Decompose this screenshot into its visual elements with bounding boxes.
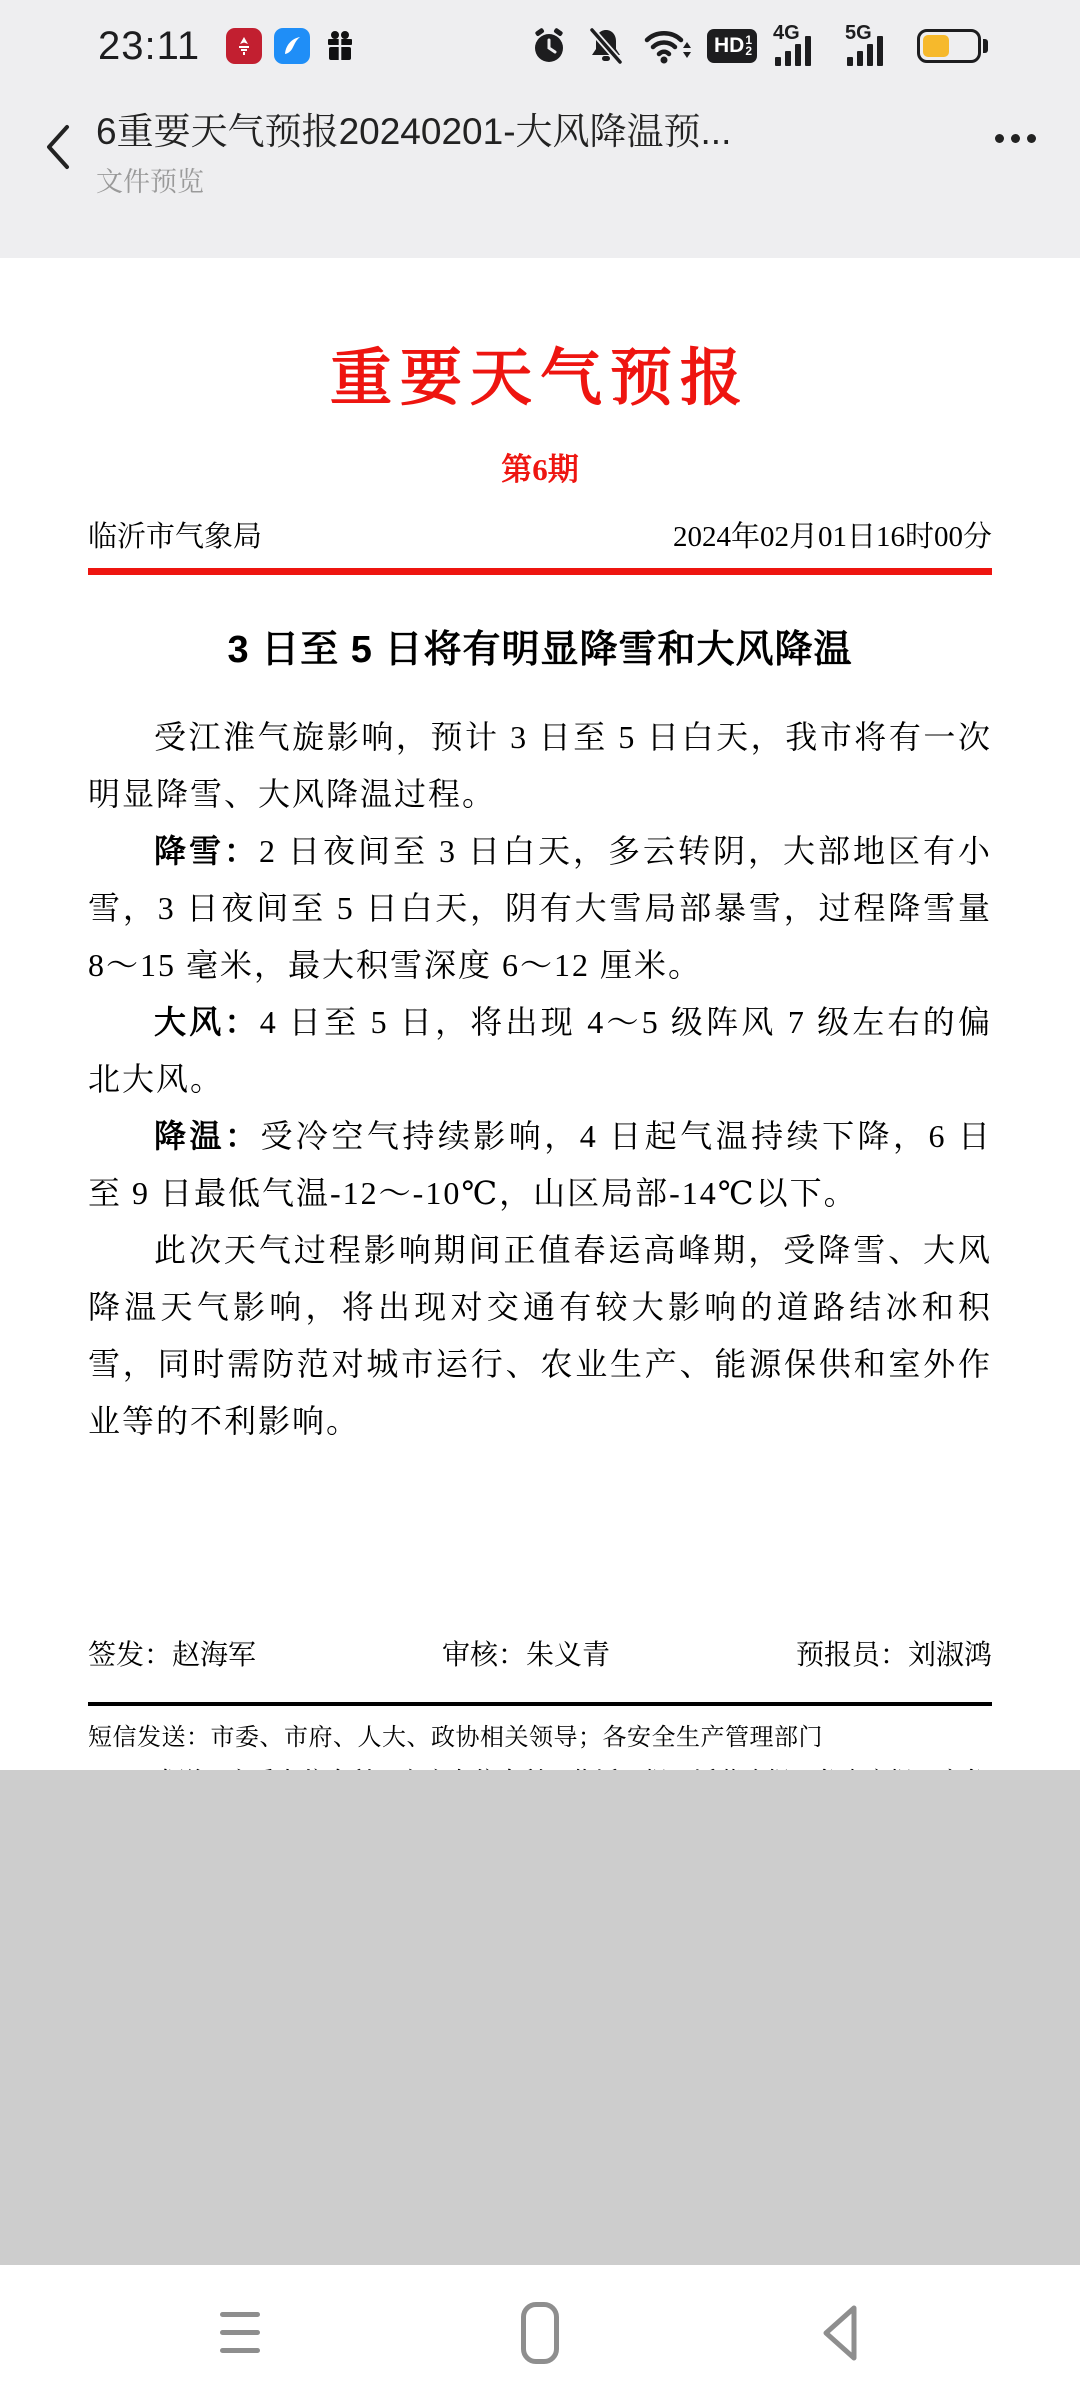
page-subtitle: 文件预览 xyxy=(96,162,991,202)
status-bar: 23:11 xyxy=(0,0,1080,92)
signature-row: 签发：赵海军 审核：朱义青 预报员：刘淑鸿 xyxy=(88,1638,992,1674)
chevron-left-icon xyxy=(43,121,73,173)
red-app-icon xyxy=(226,28,262,64)
paragraph: 降温：受冷空气持续影响，4 日起气温持续下降，6 日至 9 日最低气温-12～-… xyxy=(88,1108,992,1222)
alarm-icon xyxy=(529,26,569,66)
recents-menu-icon xyxy=(220,2312,260,2353)
signature-issuer: 签发：赵海军 xyxy=(88,1638,256,1674)
paragraph-lead: 降雪： xyxy=(154,833,259,869)
document-preview[interactable]: 重要天气预报 第6期 临沂市气象局 2024年02月01日16时00分 3 日至… xyxy=(0,258,1080,1770)
paragraph: 受江淮气旋影响，预计 3 日至 5 日白天，我市将有一次明显降雪、大风降温过程。 xyxy=(88,709,992,823)
navigation-bar xyxy=(0,2265,1080,2400)
hd-sub: 2 xyxy=(745,46,752,57)
paragraph: 大风：4 日至 5 日，将出现 4～5 级阵风 7 级左右的偏北大风。 xyxy=(88,994,992,1108)
hd-label: HD xyxy=(714,34,744,58)
doc-meta-row: 临沂市气象局 2024年02月01日16时00分 xyxy=(88,518,992,556)
battery-icon xyxy=(917,29,988,63)
doc-body: 受江淮气旋影响，预计 3 日至 5 日白天，我市将有一次明显降雪、大风降温过程。… xyxy=(88,709,992,1450)
gift-app-icon xyxy=(322,28,358,64)
paragraph: 降雪：2 日夜间至 3 日白天，多云转阴，大部地区有小雪，3 日夜间至 5 日白… xyxy=(88,823,992,994)
back-button[interactable] xyxy=(28,112,88,182)
doc-issue-number: 第6期 xyxy=(88,452,992,488)
paragraph-lead: 大风： xyxy=(154,1004,260,1040)
clock-text: 23:11 xyxy=(98,24,200,69)
distribution-sms: 短信发送：市委、市府、人大、政协相关领导；各安全生产管理部门 xyxy=(88,1722,992,1754)
paragraph: 此次天气过程影响期间正值春运高峰期，受降雪、大风降温天气影响，将出现对交通有较大… xyxy=(88,1222,992,1450)
paragraph-lead: 降温： xyxy=(154,1118,260,1154)
paragraph-text: 此次天气过程影响期间正值春运高峰期，受降雪、大风降温天气影响，将出现对交通有较大… xyxy=(88,1232,992,1439)
signature-reviewer: 审核：朱义青 xyxy=(442,1638,610,1674)
back-triangle-icon xyxy=(818,2300,862,2366)
doc-datetime: 2024年02月01日16时00分 xyxy=(673,518,992,556)
more-button[interactable] xyxy=(991,110,1040,166)
mute-bell-icon xyxy=(585,26,627,66)
home-button[interactable] xyxy=(480,2283,600,2383)
preview-background xyxy=(0,1770,1080,2265)
back-nav-button[interactable] xyxy=(780,2283,900,2383)
recents-button[interactable] xyxy=(180,2283,300,2383)
app-header: 6重要天气预报20240201-大风降温预... 文件预览 xyxy=(0,92,1080,258)
wifi-icon xyxy=(643,26,691,66)
hd-badge: HD 1 2 xyxy=(707,29,757,63)
signal-4g-icon: 4G xyxy=(773,24,829,68)
home-icon xyxy=(521,2302,559,2364)
battery-fill xyxy=(923,35,949,57)
red-divider xyxy=(88,568,992,575)
doc-heading: 3 日至 5 日将有明显降雪和大风降温 xyxy=(88,627,992,673)
doc-agency: 临沂市气象局 xyxy=(88,518,262,556)
signature-forecaster: 预报员：刘淑鸿 xyxy=(796,1638,992,1674)
status-indicators: HD 1 2 4G 5G xyxy=(529,24,988,68)
notification-app-icons xyxy=(226,28,358,64)
paragraph-text: 受江淮气旋影响，预计 3 日至 5 日白天，我市将有一次明显降雪、大风降温过程。 xyxy=(88,719,992,812)
doc-title: 重要天气预报 xyxy=(88,344,992,414)
footer-divider xyxy=(88,1702,992,1706)
signal-5g-icon: 5G xyxy=(845,24,901,68)
title-block: 6重要天气预报20240201-大风降温预... 文件预览 xyxy=(96,104,991,202)
wing-app-icon xyxy=(274,28,310,64)
page-title: 6重要天气预报20240201-大风降温预... xyxy=(96,104,991,160)
phone-screen: 23:11 xyxy=(0,0,1080,2400)
